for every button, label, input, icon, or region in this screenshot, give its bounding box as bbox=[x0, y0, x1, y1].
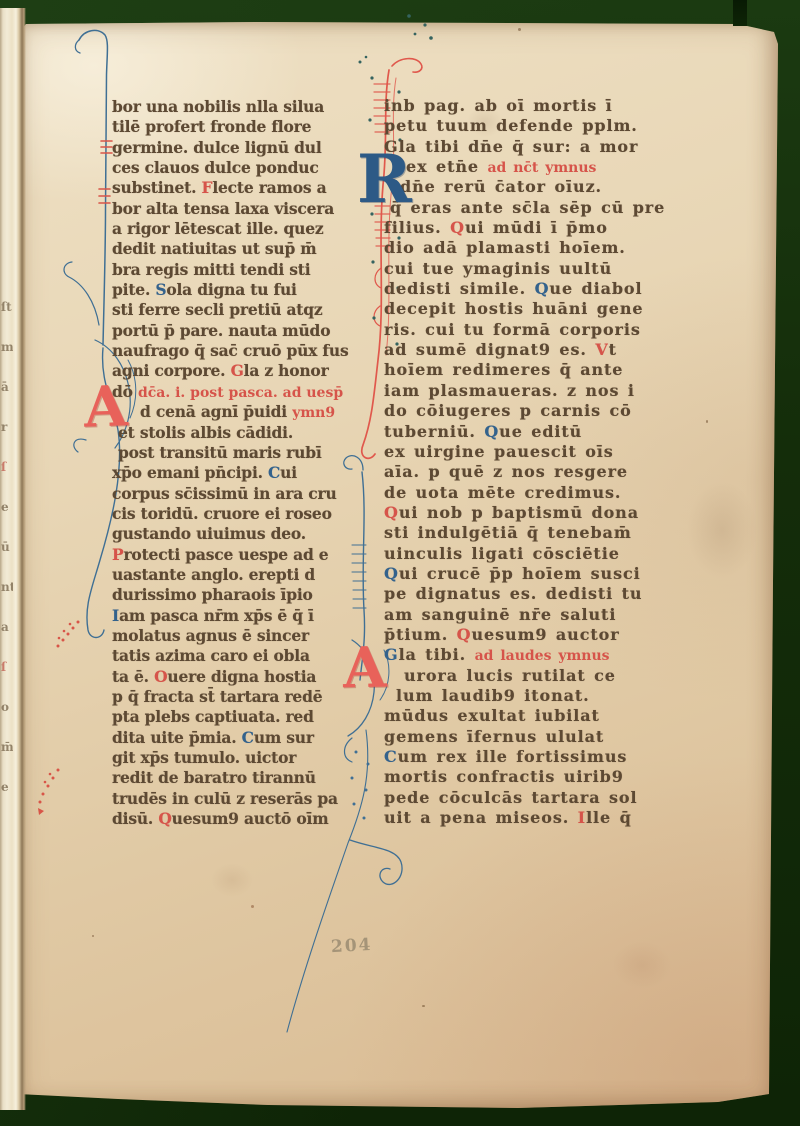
script-text: tilē profert fronde flore bbox=[112, 117, 311, 136]
script-text: corpus sc̄issimū in ara cru bbox=[112, 484, 337, 503]
text-line: hoīem redimeres q̄ ante bbox=[384, 360, 714, 380]
script-text: post transitū maris rubī bbox=[118, 443, 322, 462]
ink-speck bbox=[422, 1005, 425, 1007]
text-line: Qui crucē p̄p hoīem susci bbox=[384, 564, 714, 584]
text-line: uit a pena miseos. Ille q̄ bbox=[384, 808, 714, 828]
text-line: naufrago q̄ sac̄ cruō pūx fus bbox=[112, 341, 368, 361]
text-line: tuberniū. Que editū bbox=[384, 422, 714, 442]
text-line: Gla tibi. ad laudes ymnus bbox=[384, 645, 714, 665]
script-text: uesum9 auctō oīm bbox=[172, 809, 329, 828]
book-spine-edge bbox=[0, 8, 26, 1110]
script-text: ui nob p baptismū dona bbox=[399, 503, 639, 522]
script-text: t bbox=[609, 340, 617, 359]
text-line: germine. dulce lignū dul bbox=[112, 138, 368, 158]
script-text: urora lucis rutilat ce bbox=[404, 666, 616, 685]
text-line: durissimo pharaois īpio bbox=[112, 585, 368, 605]
initial-ad-cenam: A bbox=[83, 378, 128, 435]
edge-letter-fragment: ū bbox=[1, 540, 13, 554]
edge-letter-fragment: e bbox=[1, 500, 13, 514]
script-text: Q bbox=[535, 279, 550, 298]
text-line: cui tue ymaginis uultū bbox=[384, 259, 714, 279]
script-text: Q bbox=[484, 422, 499, 441]
script-text: rotecti pasce uespe ad e bbox=[123, 545, 328, 564]
text-line: ex uirgine pauescit oīs bbox=[384, 442, 714, 462]
script-text: C bbox=[384, 747, 398, 766]
text-line: mortis confractis uirib9 bbox=[384, 767, 714, 787]
text-line: dedisti simile. Que diabol bbox=[384, 279, 714, 299]
initial-aurora: A bbox=[343, 640, 387, 697]
edge-letter-fragment: ſ bbox=[1, 460, 13, 474]
script-text: substinet. bbox=[112, 178, 202, 197]
script-text: la z honor bbox=[244, 361, 329, 380]
script-text: agni corpore. bbox=[112, 361, 231, 380]
script-text: inb pag. ab oī mortis ī bbox=[384, 96, 613, 115]
text-line: tilē profert fronde flore bbox=[112, 117, 368, 137]
text-line: dio adā plamasti hoīem. bbox=[384, 238, 714, 258]
text-line: a rigor lētescat ille. quez bbox=[112, 219, 368, 239]
ink-speck bbox=[518, 28, 521, 31]
text-line: gemens īfernus ululat bbox=[384, 727, 714, 747]
script-text: P bbox=[112, 545, 123, 564]
script-text: aīa. p quē z nos resgere bbox=[384, 462, 628, 481]
text-line: iam plasmaueras. z nos i bbox=[384, 381, 714, 401]
script-text: I bbox=[578, 808, 586, 827]
script-text: a rigor lētescat ille. quez bbox=[112, 219, 323, 238]
script-text: d cenā agnī p̄uidi bbox=[140, 402, 292, 421]
text-line: portū p̄ pare. nauta mūdo bbox=[112, 321, 368, 341]
text-line: Gla tibi dn̄e q̄ sur: a mor bbox=[384, 137, 714, 157]
script-text: uit a pena miseos. bbox=[384, 808, 578, 827]
text-line: git xp̄s tumulo. uictor bbox=[112, 748, 368, 768]
text-column-right: inb pag. ab oī mortis īpetu tuum defende… bbox=[384, 96, 714, 828]
script-text: ui bbox=[280, 463, 297, 482]
script-text: pta plebs captiuata. red bbox=[112, 707, 314, 726]
script-text: dn̄e rerū c̄ator oīuz. bbox=[400, 177, 602, 196]
edge-letter-fragment: a bbox=[1, 620, 13, 634]
edge-letter-fragment: ſ bbox=[1, 660, 13, 674]
script-text: la tibi. bbox=[399, 645, 475, 664]
text-line: filius. Qui mūdi ī p̄mo bbox=[384, 218, 714, 238]
text-line: Protecti pasce uespe ad e bbox=[112, 545, 368, 565]
text-line: pite. Sola digna tu fui bbox=[112, 280, 368, 300]
script-text: C bbox=[268, 463, 280, 482]
script-text: lle q̄ bbox=[586, 808, 632, 827]
script-text: disū. bbox=[112, 809, 158, 828]
text-line: sti indulgētiā q̄ tenebam̄ bbox=[384, 523, 714, 543]
text-line: sti ferre secli pretiū atqz bbox=[112, 300, 368, 320]
rubric-text: ymn9 bbox=[292, 405, 335, 421]
text-line: Iam pasca nr̄m xp̄s ē q̄ ī bbox=[112, 606, 368, 626]
initial-rex-eterne: R bbox=[357, 146, 412, 212]
text-line: d cenā agnī p̄uidi ymn9 bbox=[112, 402, 368, 422]
script-text: sti ferre secli pretiū atqz bbox=[112, 300, 323, 319]
text-line: et stolis albis cādidi. bbox=[112, 423, 368, 443]
script-text: ex etn̄e bbox=[406, 157, 487, 176]
script-text: ta ē. bbox=[112, 667, 154, 686]
rubric-text: ad nc̄t ymnus bbox=[487, 160, 596, 176]
script-text: pede cōculcās tartara sol bbox=[384, 788, 637, 807]
script-text: cui tue ymaginis uultū bbox=[384, 259, 612, 278]
text-line: Cum rex ille fortissimus bbox=[384, 747, 714, 767]
script-text: do cōiugeres p carnis cō bbox=[384, 401, 632, 420]
text-line: ces clauos dulce ponduc bbox=[112, 158, 368, 178]
text-line: redit de baratro tirannū bbox=[112, 768, 368, 788]
script-text: Q bbox=[457, 625, 472, 644]
script-text: lecte ramos a bbox=[212, 178, 326, 197]
text-line: urora lucis rutilat ce bbox=[384, 666, 714, 686]
script-text: p q̄ fracta st̄ tartara redē bbox=[112, 687, 322, 706]
script-text: Gla tibi dn̄e q̄ sur: a mor bbox=[384, 137, 638, 156]
script-text: tatis azima caro ei obla bbox=[112, 646, 310, 665]
text-line: de uota mēte credimus. bbox=[384, 483, 714, 503]
script-text: iam plasmaueras. z nos i bbox=[384, 381, 635, 400]
script-text: Q bbox=[450, 218, 465, 237]
script-text: xp̄o emani pn̄cipi. bbox=[112, 463, 268, 482]
text-line: bor alta tensa laxa viscera bbox=[112, 199, 368, 219]
text-line: inb pag. ab oī mortis ī bbox=[384, 96, 714, 116]
edge-letter-fragment: m bbox=[1, 340, 13, 354]
edge-letter-fragment: o bbox=[1, 700, 13, 714]
background-gap bbox=[733, 0, 747, 26]
script-text: ue diabol bbox=[549, 279, 642, 298]
script-text: molatus agnus ē sincer bbox=[112, 626, 309, 645]
script-text: ue editū bbox=[499, 422, 582, 441]
script-text: pite. bbox=[112, 280, 155, 299]
text-line: uinculis ligati cōsciētie bbox=[384, 544, 714, 564]
rubric-text: dc̄a. i. post pasca. ad uesp̄ bbox=[138, 385, 343, 401]
text-line: pede cōculcās tartara sol bbox=[384, 788, 714, 808]
script-text: durissimo pharaois īpio bbox=[112, 585, 313, 604]
stain-speck bbox=[251, 905, 254, 908]
script-text: V bbox=[595, 340, 608, 359]
text-line: substinet. Flecte ramos a bbox=[112, 178, 368, 198]
script-text: de uota mēte credimus. bbox=[384, 483, 621, 502]
pencil-folio-number: 204 bbox=[331, 935, 373, 957]
edge-letter-fragment: nt bbox=[1, 580, 13, 594]
script-text: dedisti simile. bbox=[384, 279, 535, 298]
script-text: tuberniū. bbox=[384, 422, 484, 441]
script-text: pe dignatus es. dedisti tu bbox=[384, 584, 642, 603]
text-line: disū. Quesum9 auctō oīm bbox=[112, 809, 368, 829]
script-text: gemens īfernus ululat bbox=[384, 727, 604, 746]
script-text: G bbox=[231, 361, 244, 380]
text-line: lum laudib9 itonat. bbox=[384, 686, 714, 706]
script-text: S bbox=[155, 280, 166, 299]
text-line: molatus agnus ē sincer bbox=[112, 626, 368, 646]
text-line: trudēs in culū z reserās pa bbox=[112, 789, 368, 809]
script-text: mūdus exultat iubilat bbox=[384, 706, 600, 725]
text-line: tatis azima caro ei obla bbox=[112, 646, 368, 666]
script-text: uinculis ligati cōsciētie bbox=[384, 544, 620, 563]
text-line: ta ē. Ouere digna hostia bbox=[112, 667, 368, 687]
script-text: C bbox=[242, 728, 254, 747]
text-line: pe dignatus es. dedisti tu bbox=[384, 584, 714, 604]
script-text: gustando uiuimus deo. bbox=[112, 524, 306, 543]
script-text: cis toridū. cruore ei roseo bbox=[112, 504, 332, 523]
script-text: Q bbox=[158, 809, 171, 828]
script-text: decepit hostis huāni gene bbox=[384, 299, 643, 318]
text-line: gustando uiuimus deo. bbox=[112, 524, 368, 544]
script-text: dedit natiuitas ut sup̄ m̄ bbox=[112, 239, 316, 258]
script-text: Q bbox=[384, 564, 399, 583]
script-text: dita uite p̄mia. bbox=[112, 728, 242, 747]
text-line: p q̄ fracta st̄ tartara redē bbox=[112, 687, 368, 707]
text-line: ris. cui tu formā corporis bbox=[384, 320, 714, 340]
script-text: ex uirgine pauescit oīs bbox=[384, 442, 614, 461]
edge-letter-fragment: e bbox=[1, 780, 13, 794]
text-line: aīa. p quē z nos resgere bbox=[384, 462, 714, 482]
text-line: dita uite p̄mia. Cum sur bbox=[112, 728, 368, 748]
rubric-text: ad laudes ymnus bbox=[475, 648, 610, 664]
script-text: ui crucē p̄p hoīem susci bbox=[399, 564, 641, 583]
script-text: am sanguinē nr̄e saluti bbox=[384, 605, 616, 624]
script-text: um rex ille fortissimus bbox=[398, 747, 628, 766]
text-line: pta plebs captiuata. red bbox=[112, 707, 368, 727]
text-line: petu tuum defende pplm. bbox=[384, 116, 714, 136]
text-line: cis toridū. cruore ei roseo bbox=[112, 504, 368, 524]
text-column-left: bor una nobilis nlla siluatilē profert f… bbox=[112, 97, 368, 829]
script-text: bor una nobilis nlla silua bbox=[112, 97, 324, 116]
script-text: F bbox=[202, 178, 213, 197]
script-text: hoīem redimeres q̄ ante bbox=[384, 360, 623, 379]
text-line: agni corpore. Gla z honor bbox=[112, 361, 368, 381]
script-text: ola digna tu fui bbox=[166, 280, 296, 299]
script-text: naufrago q̄ sac̄ cruō pūx fus bbox=[112, 341, 349, 360]
script-text: mortis confractis uirib9 bbox=[384, 767, 624, 786]
manuscript-photo: ſtmārſeūntaſom̄e bbox=[0, 0, 800, 1126]
script-text: uesum9 auctor bbox=[472, 625, 620, 644]
text-line: mūdus exultat iubilat bbox=[384, 706, 714, 726]
text-line: q̄ eras ante sc̄la sēp cū pre bbox=[384, 198, 714, 218]
text-line: ad sumē dignat9 es. Vt bbox=[384, 340, 714, 360]
ink-speck bbox=[92, 935, 94, 937]
script-text: bor alta tensa laxa viscera bbox=[112, 199, 334, 218]
script-text: Q bbox=[384, 503, 399, 522]
script-text: ces clauos dulce ponduc bbox=[112, 158, 319, 177]
script-text: portū p̄ pare. nauta mūdo bbox=[112, 321, 330, 340]
script-text: dio adā plamasti hoīem. bbox=[384, 238, 626, 257]
script-text: ris. cui tu formā corporis bbox=[384, 320, 641, 339]
script-text: am pasca nr̄m xp̄s ē q̄ ī bbox=[119, 606, 314, 625]
text-line: decepit hostis huāni gene bbox=[384, 299, 714, 319]
text-line: uastante anglo. erepti d bbox=[112, 565, 368, 585]
script-text: lum laudib9 itonat. bbox=[396, 686, 590, 705]
script-text: trudēs in culū z reserās pa bbox=[112, 789, 338, 808]
edge-letter-fragment: r bbox=[1, 420, 13, 434]
text-line: corpus sc̄issimū in ara cru bbox=[112, 484, 368, 504]
text-line: xp̄o emani pn̄cipi. Cui bbox=[112, 463, 368, 483]
text-line: Qui nob p baptismū dona bbox=[384, 503, 714, 523]
script-text: redit de baratro tirannū bbox=[112, 768, 316, 787]
edge-letter-fragment: m̄ bbox=[1, 740, 13, 754]
script-text: et stolis albis cādidi. bbox=[118, 423, 293, 442]
text-line: bra regis mitti tendi sti bbox=[112, 260, 368, 280]
script-text: q̄ eras ante sc̄la sēp cū pre bbox=[390, 198, 665, 217]
script-text: uere digna hostia bbox=[167, 667, 316, 686]
edge-letter-fragment: ā bbox=[1, 380, 13, 394]
text-line: dō dc̄a. i. post pasca. ad uesp̄ bbox=[112, 382, 368, 402]
script-text: sti indulgētiā q̄ tenebam̄ bbox=[384, 523, 632, 542]
text-line: ex etn̄e ad nc̄t ymnus bbox=[384, 157, 714, 177]
script-text: p̄tium. bbox=[384, 625, 457, 644]
text-line: do cōiugeres p carnis cō bbox=[384, 401, 714, 421]
script-text: uastante anglo. erepti d bbox=[112, 565, 315, 584]
script-text: bra regis mitti tendi sti bbox=[112, 260, 310, 279]
script-text: germine. dulce lignū dul bbox=[112, 138, 322, 157]
script-text: um sur bbox=[254, 728, 314, 747]
text-line: p̄tium. Quesum9 auctor bbox=[384, 625, 714, 645]
script-text: filius. bbox=[384, 218, 450, 237]
text-line: am sanguinē nr̄e saluti bbox=[384, 605, 714, 625]
script-text: petu tuum defende pplm. bbox=[384, 116, 638, 135]
text-line: dedit natiuitas ut sup̄ m̄ bbox=[112, 239, 368, 259]
edge-letter-fragment: ſt bbox=[1, 300, 13, 314]
script-text: I bbox=[112, 606, 119, 625]
script-text: O bbox=[154, 667, 167, 686]
script-text: ui mūdi ī p̄mo bbox=[465, 218, 608, 237]
text-line: bor una nobilis nlla silua bbox=[112, 97, 368, 117]
text-line: post transitū maris rubī bbox=[112, 443, 368, 463]
script-text: git xp̄s tumulo. uictor bbox=[112, 748, 296, 767]
text-line: dn̄e rerū c̄ator oīuz. bbox=[384, 177, 714, 197]
script-text: ad sumē dignat9 es. bbox=[384, 340, 595, 359]
